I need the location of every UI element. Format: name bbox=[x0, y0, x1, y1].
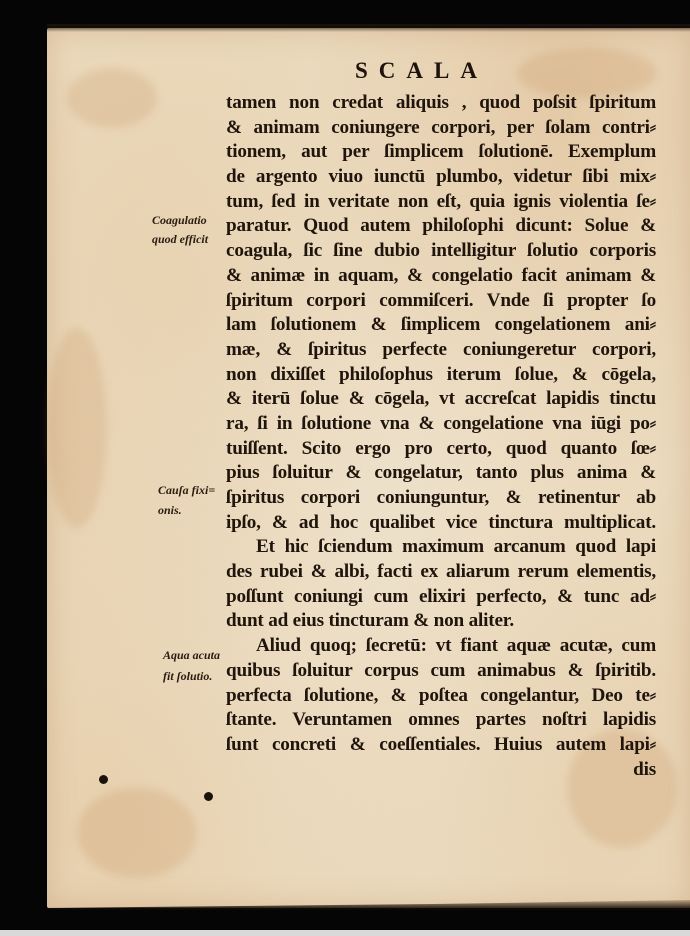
text-line: perfecta ſolutione, & poſtea congelantur… bbox=[226, 684, 656, 709]
text-line: coagula, ſic ſine dubio intelligitur ſol… bbox=[226, 239, 656, 264]
text-line: ſpiritum corpori commiſceri. Vnde ſi pro… bbox=[226, 289, 656, 314]
text-line: paratur. Quod autem philoſophi dicunt: S… bbox=[226, 214, 656, 239]
text-line: tamen non credat aliquis , quod poſsit ſ… bbox=[226, 91, 656, 116]
margin-note-line: fit ſolutio. bbox=[163, 665, 220, 687]
text-line: des rubei & albi, facti ex aliarum rerum… bbox=[226, 560, 656, 585]
paper-stain bbox=[67, 68, 157, 128]
text-line: tum, ſed in veritate non eſt, quia ignis… bbox=[226, 190, 656, 215]
running-head: SCALA bbox=[355, 58, 488, 84]
ink-spot bbox=[99, 775, 108, 784]
margin-note-coagulatio: Coagulatio quod efficit bbox=[152, 209, 208, 250]
margin-note-aqua-acuta: Aqua acuta fit ſolutio. bbox=[163, 644, 220, 687]
catchword: dis bbox=[226, 758, 656, 783]
text-line: ſunt concreti & coeſſentiales. Huius aut… bbox=[226, 733, 656, 758]
page-top-edge bbox=[47, 24, 690, 32]
margin-note-line: quod efficit bbox=[152, 228, 208, 250]
text-line: poſſunt coniungi cum elixiri perfecto, &… bbox=[226, 585, 656, 610]
text-line: ſpiritus corpori coniunguntur, & retinen… bbox=[226, 486, 656, 511]
ink-spot bbox=[204, 792, 213, 801]
text-line: ra, ſi in ſolutione vna & congelatione v… bbox=[226, 412, 656, 437]
margin-note-line: Aqua acuta bbox=[163, 644, 220, 666]
margin-note-causa-fixionis: Cauſa fixi= onis. bbox=[158, 479, 215, 521]
text-line: pius ſoluitur & congelatur, tanto plus a… bbox=[226, 461, 656, 486]
margin-note-line: Cauſa fixi= bbox=[158, 479, 215, 501]
text-line: tuiſſent. Scito ergo pro certo, quod qua… bbox=[226, 437, 656, 462]
body-text: tamen non credat aliquis , quod poſsit ſ… bbox=[226, 91, 656, 782]
text-line: & animam coniungere corpori, per ſolam c… bbox=[226, 116, 656, 141]
text-line: tionem, aut per ſimplicem ſolutionē. Exe… bbox=[226, 140, 656, 165]
text-line: mæ, & ſpiritus perfecte coniungeretur co… bbox=[226, 338, 656, 363]
text-line: quibus ſoluitur corpus cum animabus & ſp… bbox=[226, 659, 656, 684]
text-line: de argento viuo iunctū plumbo, videtur ſ… bbox=[226, 165, 656, 190]
text-line: Aliud quoq; ſecretū: vt fiant aquæ acutæ… bbox=[226, 634, 656, 659]
text-line: Et hic ſciendum maximum arcanum quod lap… bbox=[226, 535, 656, 560]
text-line: lam ſolutionem & ſimplicem congelationem… bbox=[226, 313, 656, 338]
text-line: & animæ in aquam, & congelatio facit ani… bbox=[226, 264, 656, 289]
margin-note-line: onis. bbox=[158, 499, 215, 521]
text-line: non dixiſſet philoſophus iterum ſolue, &… bbox=[226, 363, 656, 388]
paper-stain bbox=[77, 788, 197, 878]
text-line: dunt ad eius tincturam & non aliter. bbox=[226, 609, 656, 634]
text-line: ipſo, & ad hoc qualibet vice tinctura mu… bbox=[226, 511, 656, 536]
text-line: & iterū ſolue & cōgela, vt accreſcat lap… bbox=[226, 387, 656, 412]
text-line: ſtante. Veruntamen omnes partes noſtri l… bbox=[226, 708, 656, 733]
paper-stain bbox=[47, 328, 107, 528]
